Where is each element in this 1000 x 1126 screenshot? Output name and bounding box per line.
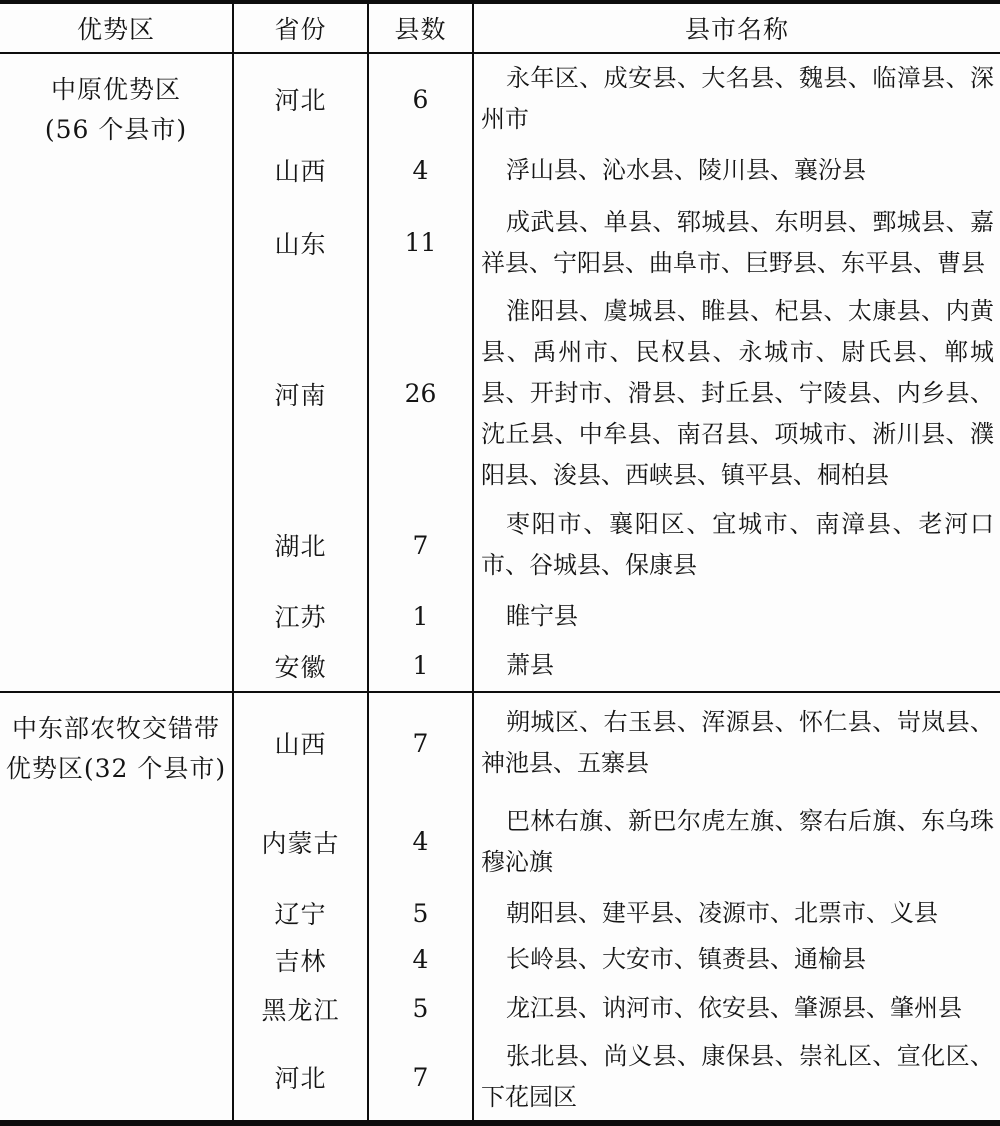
county-names-cell: 浮山县、沁水县、陵川县、襄汾县: [473, 144, 1000, 196]
zone-cell: 中东部农牧交错带 优势区(32 个县市): [0, 692, 233, 1123]
section-nongmu-jiaocuodai: 中东部农牧交错带 优势区(32 个县市) 山西 7 朔城区、右玉县、浑源县、怀仁…: [0, 692, 1000, 1123]
column-header-names: 县市名称: [473, 2, 1000, 53]
province-cell: 吉林: [233, 936, 368, 983]
province-cell: 河南: [233, 289, 368, 498]
county-names-cell: 朝阳县、建平县、凌源市、北票市、义县: [473, 890, 1000, 936]
section-zhongyuan: 中原优势区 (56 个县市) 河北 6 永年区、成安县、大名县、魏县、临漳县、深…: [0, 53, 1000, 692]
province-cell: 湖北: [233, 498, 368, 592]
province-cell: 江苏: [233, 592, 368, 640]
county-count-cell: 4: [368, 793, 473, 890]
county-names-cell: 成武县、单县、郓城县、东明县、鄄城县、嘉祥县、宁阳县、曲阜市、巨野县、东平县、曹…: [473, 196, 1000, 289]
county-names-cell: 睢宁县: [473, 592, 1000, 640]
province-cell: 安徽: [233, 640, 368, 692]
county-count-cell: 11: [368, 196, 473, 289]
province-cell: 内蒙古: [233, 793, 368, 890]
county-count-cell: 5: [368, 890, 473, 936]
county-count-cell: 4: [368, 144, 473, 196]
zone-name: 中东部农牧交错带: [0, 709, 232, 749]
county-names-cell: 巴林右旗、新巴尔虎左旗、察右后旗、东乌珠穆沁旗: [473, 793, 1000, 890]
county-count-cell: 7: [368, 692, 473, 793]
county-names-cell: 龙江县、讷河市、依安县、肇源县、肇州县: [473, 983, 1000, 1034]
county-count-cell: 26: [368, 289, 473, 498]
advantage-zones-table: 优势区 省份 县数 县市名称 中原优势区 (56 个县市) 河北 6 永年区、成…: [0, 0, 1000, 1126]
county-names-cell: 萧县: [473, 640, 1000, 692]
zone-cell: 中原优势区 (56 个县市): [0, 53, 233, 692]
province-cell: 山东: [233, 196, 368, 289]
column-header-zone: 优势区: [0, 2, 233, 53]
province-cell: 黑龙江: [233, 983, 368, 1034]
table-row: 中原优势区 (56 个县市) 河北 6 永年区、成安县、大名县、魏县、临漳县、深…: [0, 53, 1000, 144]
county-names-cell: 淮阳县、虞城县、睢县、杞县、太康县、内黄县、禹州市、民权县、永城市、尉氏县、郸城…: [473, 289, 1000, 498]
province-cell: 辽宁: [233, 890, 368, 936]
table-row: 中东部农牧交错带 优势区(32 个县市) 山西 7 朔城区、右玉县、浑源县、怀仁…: [0, 692, 1000, 793]
zone-count: (56 个县市): [0, 110, 232, 150]
county-names-cell: 枣阳市、襄阳区、宜城市、南漳县、老河口市、谷城县、保康县: [473, 498, 1000, 592]
county-names-cell: 朔城区、右玉县、浑源县、怀仁县、岢岚县、神池县、五寨县: [473, 692, 1000, 793]
county-count-cell: 6: [368, 53, 473, 144]
county-names-cell: 张北县、尚义县、康保县、崇礼区、宣化区、下花园区: [473, 1034, 1000, 1123]
column-header-province: 省份: [233, 2, 368, 53]
county-count-cell: 7: [368, 1034, 473, 1123]
county-names-cell: 长岭县、大安市、镇赉县、通榆县: [473, 936, 1000, 983]
county-count-cell: 7: [368, 498, 473, 592]
zone-name: 中原优势区: [0, 70, 232, 110]
zone-count: 优势区(32 个县市): [0, 749, 232, 789]
county-count-cell: 1: [368, 592, 473, 640]
county-names-cell: 永年区、成安县、大名县、魏县、临漳县、深州市: [473, 53, 1000, 144]
county-count-cell: 4: [368, 936, 473, 983]
header-row: 优势区 省份 县数 县市名称: [0, 2, 1000, 53]
province-cell: 河北: [233, 53, 368, 144]
province-cell: 山西: [233, 692, 368, 793]
province-cell: 山西: [233, 144, 368, 196]
county-count-cell: 1: [368, 640, 473, 692]
county-count-cell: 5: [368, 983, 473, 1034]
province-cell: 河北: [233, 1034, 368, 1123]
column-header-count: 县数: [368, 2, 473, 53]
